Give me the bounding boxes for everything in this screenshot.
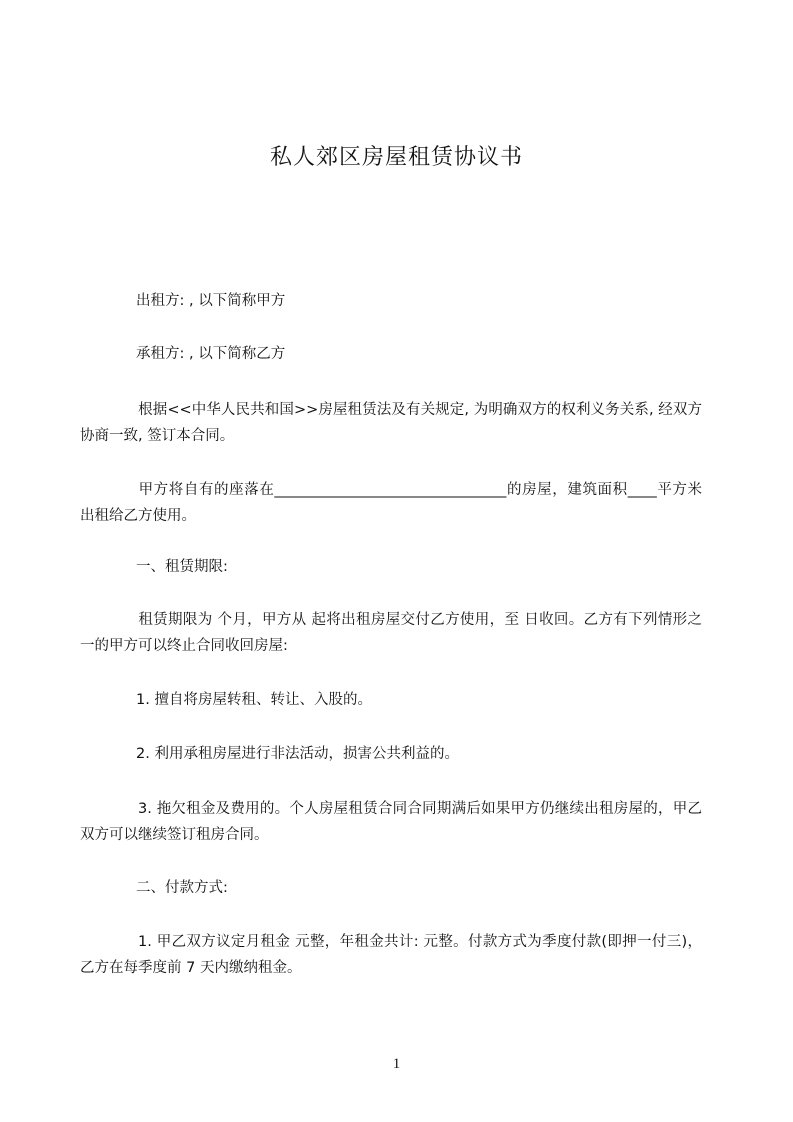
list-item-3: 3. 拖欠租金及费用的。个人房屋租赁合同合同期满后如果甲方仍继续出租房屋的，甲乙… — [80, 796, 702, 848]
paragraph-basis: 根据<<中华人民共和国>>房屋租赁法及有关规定, 为明确双方的权利义务关系, 经… — [80, 397, 702, 449]
page-number: 1 — [0, 1056, 793, 1073]
list-item-2: 2. 利用承租房屋进行非法活动，损害公共利益的。 — [80, 741, 702, 767]
document-title: 私人郊区房屋租赁协议书 — [0, 140, 793, 171]
document-page: 私人郊区房屋租赁协议书 出租方: , 以下简称甲方 承租方: , 以下简称乙方 … — [0, 0, 793, 1122]
section-heading-text: 一、租赁期限: — [136, 559, 228, 575]
paragraph-lessee: 承租方: , 以下简称乙方 — [80, 341, 702, 367]
section-heading-lease-term: 一、租赁期限: — [80, 554, 702, 580]
paragraph-payment-1: 1. 甲乙双方议定月租金 元整，年租金共计: 元整。付款方式为季度付款(即押一付… — [80, 929, 702, 981]
paragraph-text: 出租方: , 以下简称甲方 — [136, 293, 285, 309]
section-heading-text: 二、付款方式: — [136, 880, 228, 896]
section-heading-payment: 二、付款方式: — [80, 875, 702, 901]
list-item-1: 1. 擅自将房屋转租、转让、入股的。 — [80, 687, 702, 713]
paragraph-property: 甲方将自有的座落在_______________________________… — [80, 477, 702, 529]
list-item-text: 3. 拖欠租金及费用的。个人房屋租赁合同合同期满后如果甲方仍继续出租房屋的，甲乙… — [80, 801, 702, 843]
list-item-text: 1. 擅自将房屋转租、转让、入股的。 — [136, 692, 372, 708]
paragraph-text: 承租方: , 以下简称乙方 — [136, 346, 285, 362]
paragraph-text: 根据<<中华人民共和国>>房屋租赁法及有关规定, 为明确双方的权利义务关系, 经… — [80, 402, 702, 444]
paragraph-text: 1. 甲乙双方议定月租金 元整，年租金共计: 元整。付款方式为季度付款(即押一付… — [80, 934, 702, 976]
paragraph-lessor: 出租方: , 以下简称甲方 — [80, 288, 702, 314]
paragraph-term: 租赁期限为 个月，甲方从 起将出租房屋交付乙方使用，至 日收回。乙方有下列情形之… — [80, 607, 702, 659]
paragraph-text: 甲方将自有的座落在_______________________________… — [80, 482, 702, 524]
list-item-text: 2. 利用承租房屋进行非法活动，损害公共利益的。 — [136, 746, 459, 762]
paragraph-text: 租赁期限为 个月，甲方从 起将出租房屋交付乙方使用，至 日收回。乙方有下列情形之… — [80, 612, 702, 654]
